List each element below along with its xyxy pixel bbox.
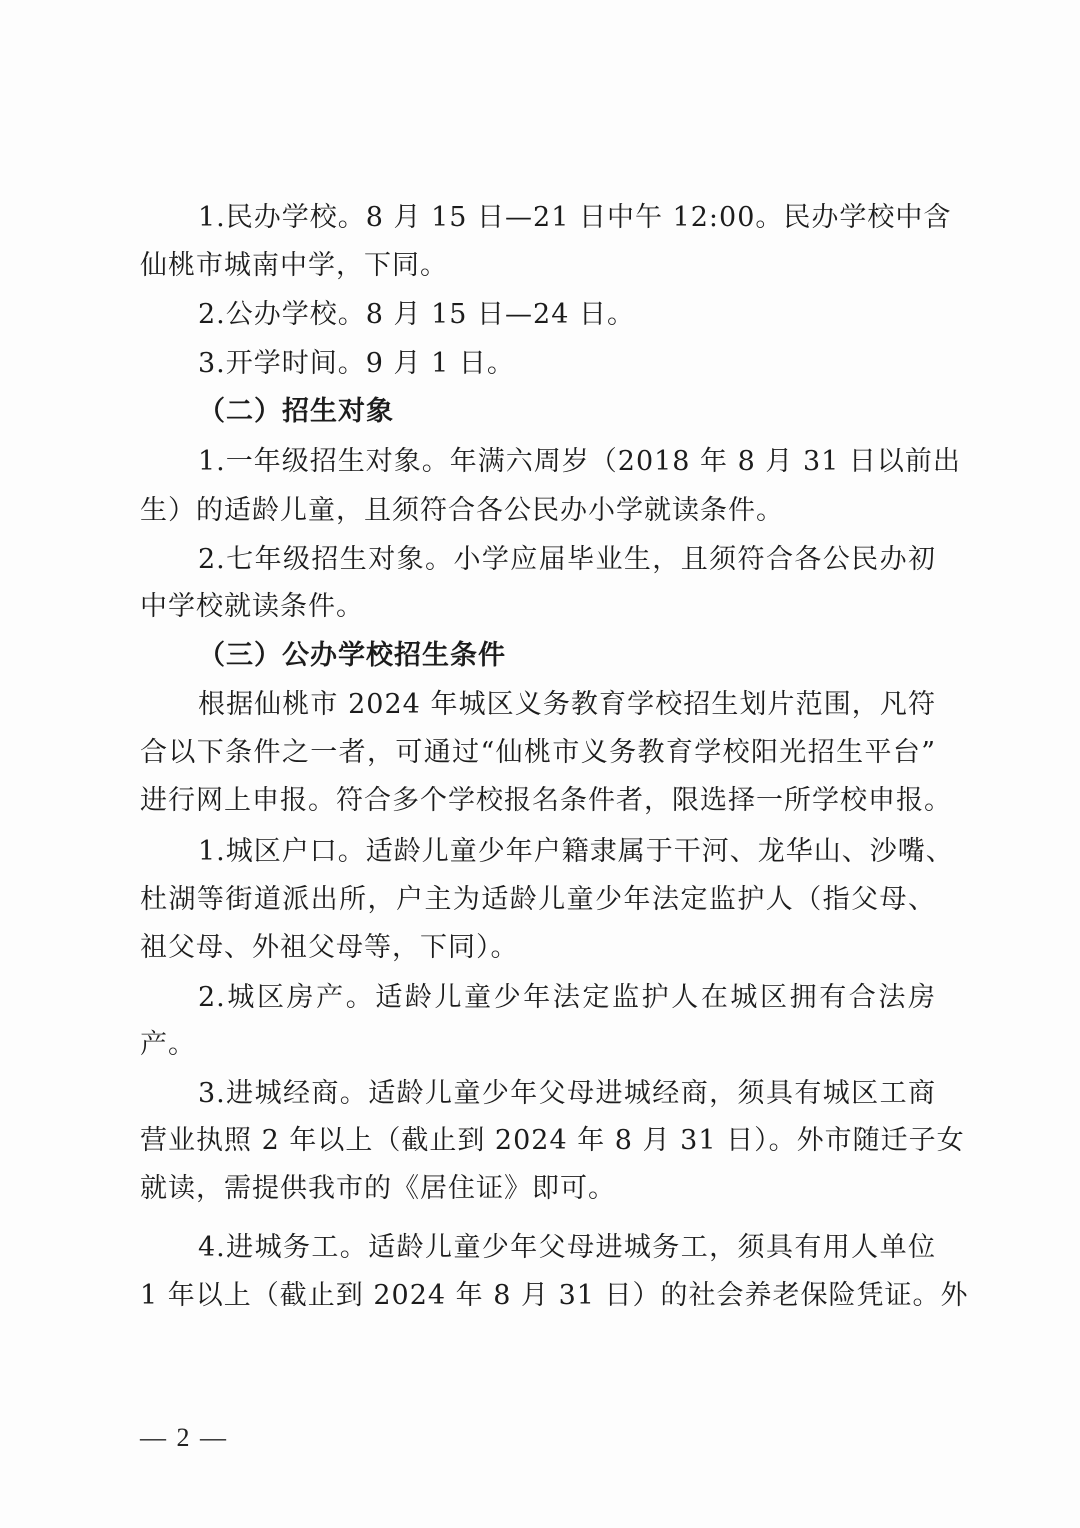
document-page: 1.民办学校。8 月 15 日—21 日中午 12:00。民办学校中含 仙桃市城… <box>0 0 1080 1528</box>
text-line-urban-hukou-2: 杜湖等街道派出所，户主为适龄儿童少年法定监护人（指父母、 <box>140 880 936 920</box>
text-line-urban-hukou-3: 祖父母、外祖父母等，下同）。 <box>140 928 936 968</box>
section-heading-enrollment-targets: （二）招生对象 <box>198 392 394 432</box>
text-line-urban-hukou: 1.城区户口。适龄儿童少年户籍隶属于干河、龙华山、沙嘴、 <box>198 832 936 872</box>
text-line-urban-property: 2.城区房产。适龄儿童少年法定监护人在城区拥有合法房 <box>198 978 936 1018</box>
text-line-schedule-private-cont: 仙桃市城南中学，下同。 <box>140 246 936 286</box>
text-line-business: 3.进城经商。适龄儿童少年父母进城经商，须具有城区工商 <box>198 1074 936 1114</box>
text-line-conditions-intro: 根据仙桃市 2024 年城区义务教育学校招生划片范围，凡符 <box>198 685 936 725</box>
text-line-grade7-target-cont: 中学校就读条件。 <box>140 587 936 627</box>
text-line-employment: 4.进城务工。适龄儿童少年父母进城务工，须具有用人单位 <box>198 1228 936 1268</box>
text-line-business-2: 营业执照 2 年以上（截止到 2024 年 8 月 31 日）。外市随迁子女 <box>140 1121 936 1161</box>
text-line-grade1-target: 1.一年级招生对象。年满六周岁（2018 年 8 月 31 日以前出 <box>198 442 936 482</box>
text-line-conditions-intro-2: 合以下条件之一者，可通过“仙桃市义务教育学校阳光招生平台” <box>140 733 936 773</box>
text-line-employment-2: 1 年以上（截止到 2024 年 8 月 31 日）的社会养老保险凭证。外 <box>140 1276 936 1316</box>
text-line-schedule-public: 2.公办学校。8 月 15 日—24 日。 <box>198 295 936 335</box>
text-line-conditions-intro-3: 进行网上申报。符合多个学校报名条件者，限选择一所学校申报。 <box>140 781 936 821</box>
text-line-school-start: 3.开学时间。9 月 1 日。 <box>198 344 936 384</box>
text-line-grade7-target: 2.七年级招生对象。小学应届毕业生，且须符合各公民办初 <box>198 540 936 580</box>
text-line-schedule-private: 1.民办学校。8 月 15 日—21 日中午 12:00。民办学校中含 <box>198 198 936 238</box>
text-line-urban-property-cont: 产。 <box>140 1025 936 1065</box>
text-line-grade1-target-cont: 生）的适龄儿童，且须符合各公民办小学就读条件。 <box>140 491 936 531</box>
page-number: — 2 — <box>140 1420 228 1456</box>
text-line-business-3: 就读，需提供我市的《居住证》即可。 <box>140 1169 936 1209</box>
section-heading-public-conditions: （三）公办学校招生条件 <box>198 636 506 676</box>
